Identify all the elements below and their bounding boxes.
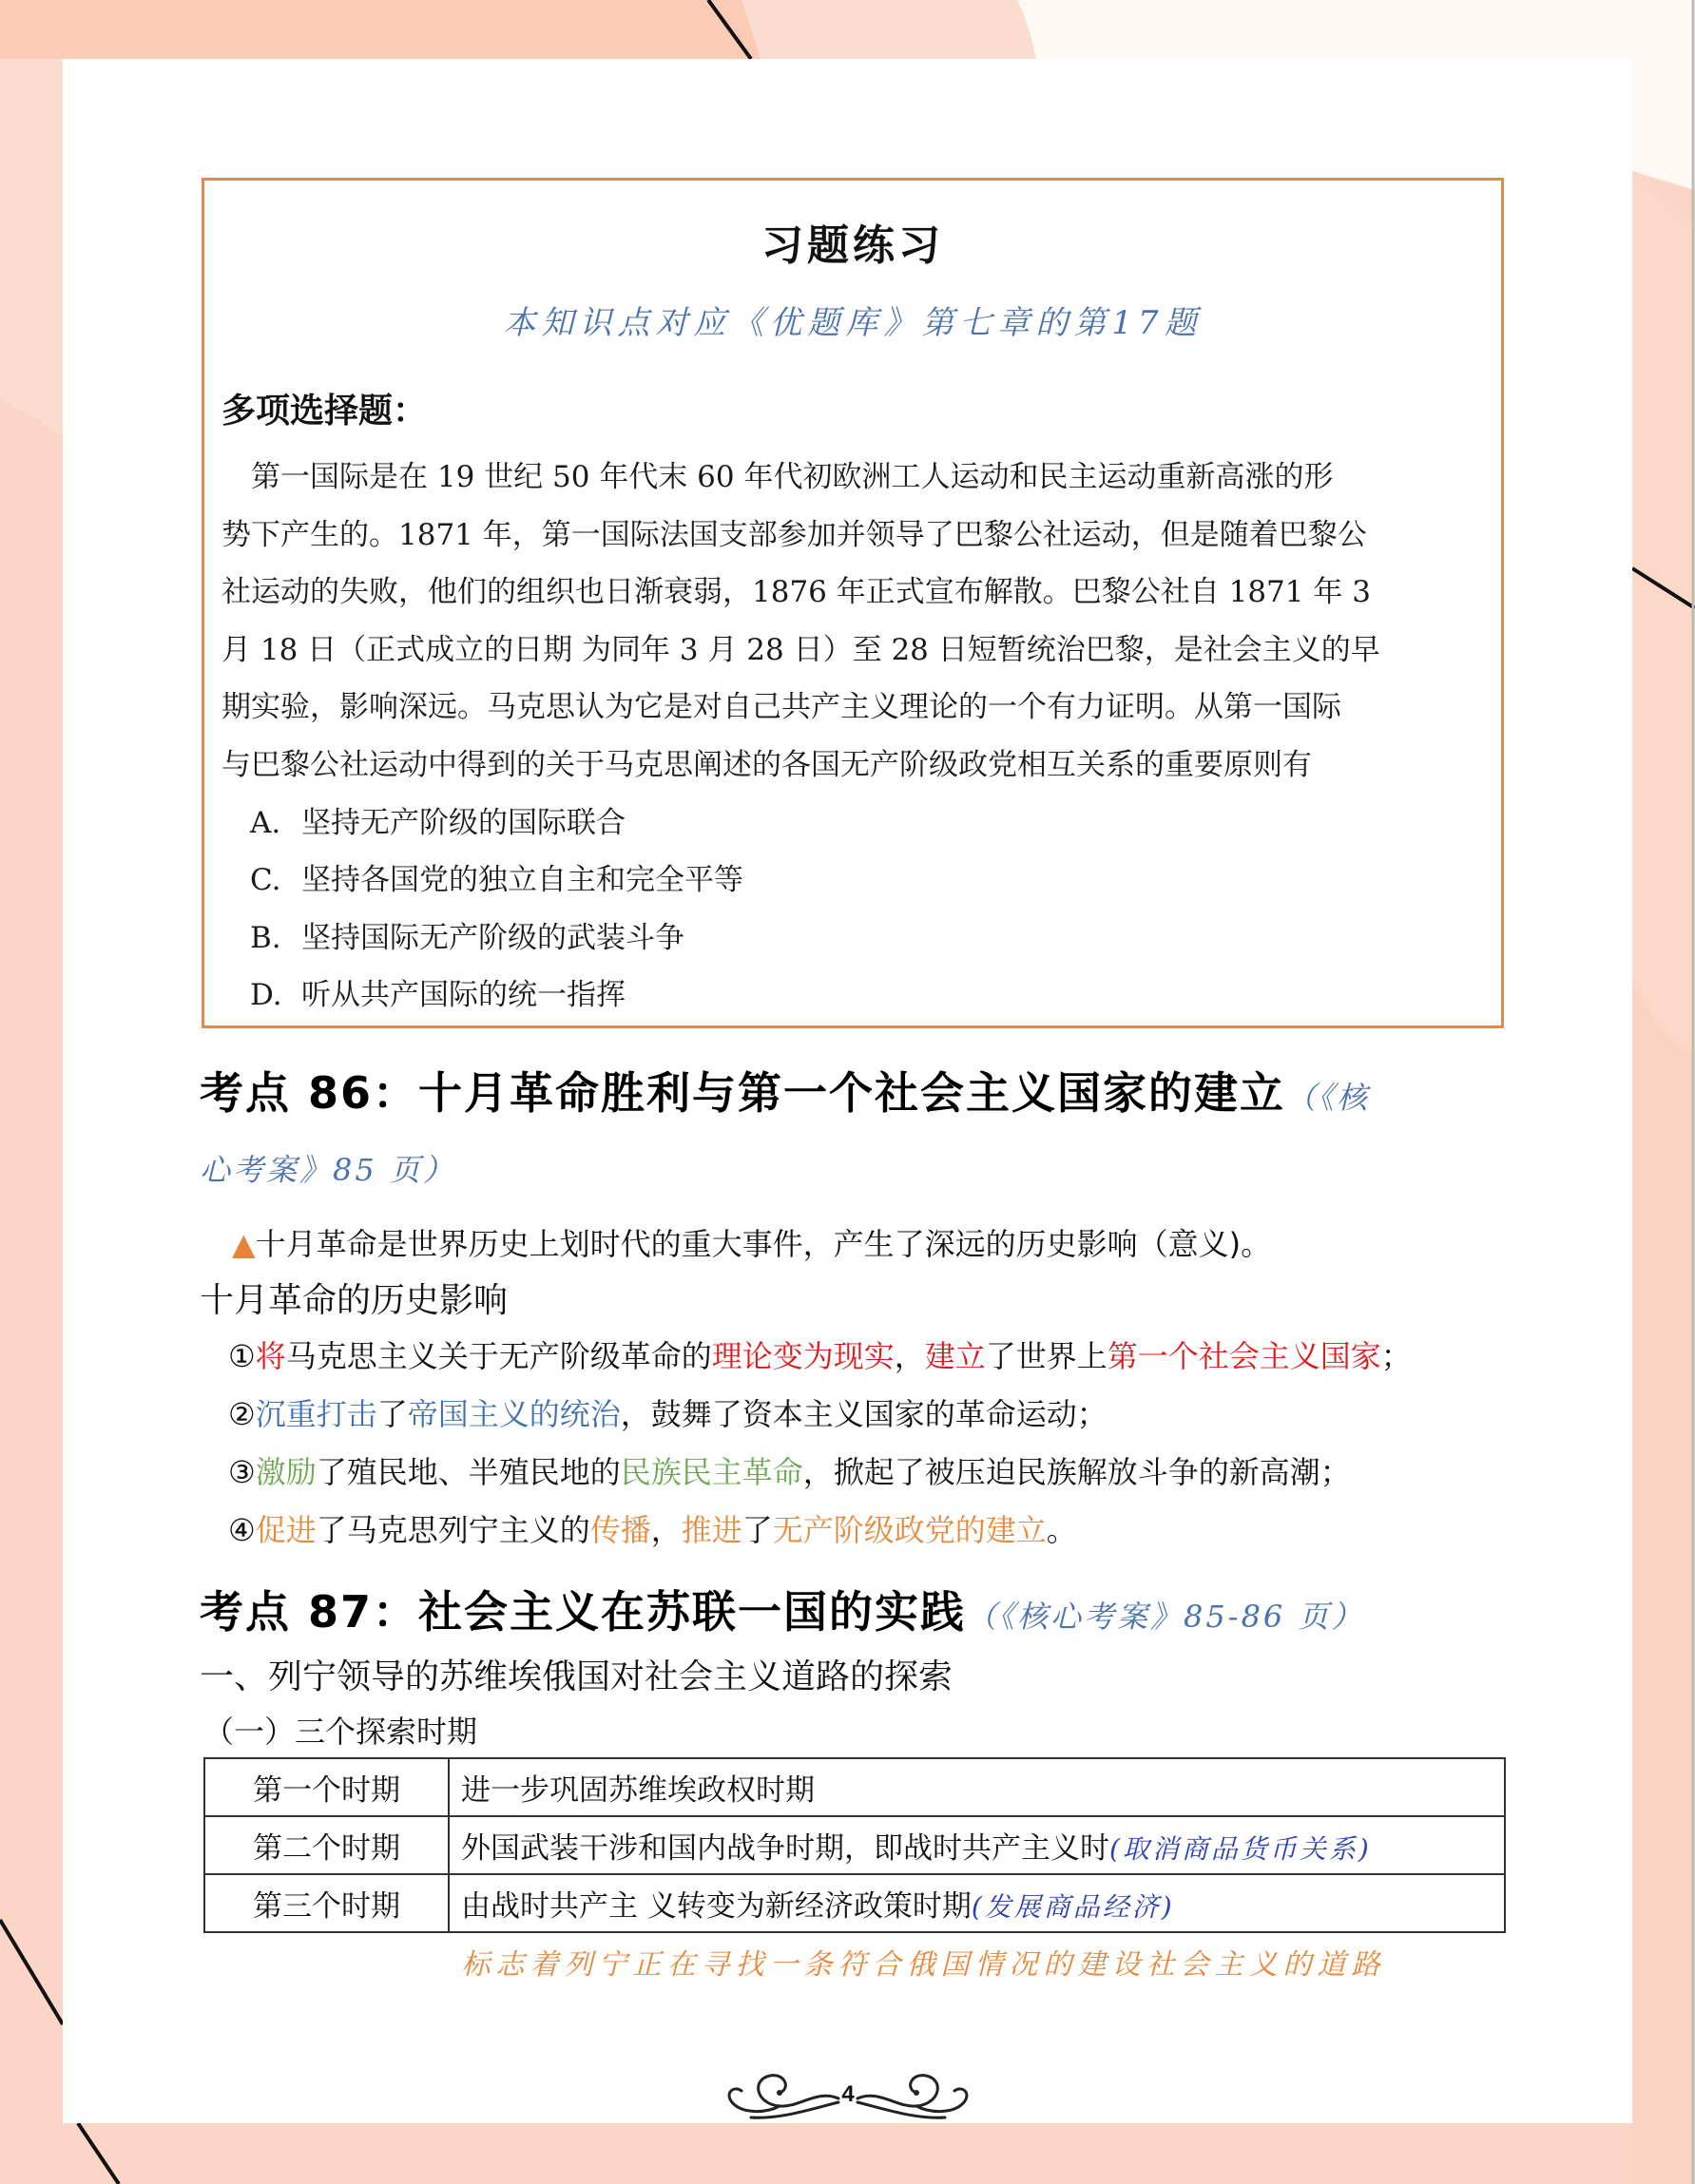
option-text: 听从共产国际的统一指挥 — [301, 978, 626, 1012]
triangle-bullet-icon: ▲ — [232, 1226, 256, 1262]
impact-item-2: ②沉重打击了帝国主义的统治，鼓舞了资本主义国家的革命运动； — [228, 1390, 1108, 1434]
point-87-ref: （《核心考案》85-86 页） — [966, 1599, 1364, 1635]
description-text: 由战时共产主 义转变为新经济政策时期 — [461, 1889, 972, 1924]
question-line: 与巴黎公社运动中得到的关于马克思阐述的各国无产阶级政党相互关系的重要原则有 — [222, 737, 1486, 795]
period-cell: 第三个时期 — [204, 1874, 449, 1932]
item-number: ③ — [228, 1454, 256, 1490]
point-86-intro: ▲十月革命是世界历史上划时代的重大事件，产生了深远的历史影响（意义)。 — [232, 1220, 1271, 1264]
option-a: A.坚持无产阶级的国际联合 — [250, 798, 626, 841]
option-letter: D. — [250, 978, 301, 1012]
text: ，掀起了被压迫民族解放斗争的新高潮； — [803, 1454, 1351, 1490]
option-b: B.坚持国际无产阶级的武装斗争 — [250, 913, 684, 956]
text: 了 — [742, 1512, 773, 1548]
highlight: 传播 — [590, 1512, 651, 1548]
item-number: ② — [228, 1396, 256, 1432]
question-line: 期实验，影响深远。马克思认为它是对自己共产主义理论的一个有力证明。从第一国际 — [222, 679, 1486, 737]
option-text: 坚持国际无产阶级的武装斗争 — [301, 921, 684, 955]
period-cell: 第二个时期 — [204, 1816, 449, 1874]
description-text: 外国武装干涉和国内战争时期，即战时共产主义时 — [461, 1831, 1109, 1866]
text: ，鼓舞了资本主义国家的革命运动； — [621, 1396, 1108, 1432]
text: 了殖民地、半殖民地的 — [317, 1454, 621, 1490]
handwritten-note: (取消商品货币关系) — [1109, 1833, 1372, 1865]
table-row: 第二个时期 外国武装干涉和国内战争时期，即战时共产主义时(取消商品货币关系) — [204, 1816, 1505, 1874]
point-86-heading: 考点 86：十月革命胜利与第一个社会主义国家的建立（《核 — [200, 1059, 1370, 1121]
text: ， — [651, 1512, 682, 1548]
point-86-ref-continued: 心考案》85 页） — [200, 1146, 456, 1190]
highlight: 沉重打击 — [256, 1396, 377, 1432]
point-86-subheading: 十月革命的历史影响 — [200, 1274, 508, 1322]
description-cell: 进一步巩固苏维埃政权时期 — [449, 1758, 1505, 1816]
option-text: 坚持无产阶级的国际联合 — [301, 806, 626, 840]
intro-text: 十月革命是世界历史上划时代的重大事件，产生了深远的历史影响（意义)。 — [256, 1226, 1272, 1262]
highlight: 第一个社会主义国家 — [1108, 1338, 1381, 1374]
text: 马克思主义关于无产阶级革命的 — [286, 1338, 712, 1374]
question-line: 月 18 日（正式成立的日期 为同年 3 月 28 日）至 28 日短暂统治巴黎… — [222, 622, 1486, 680]
point-86-ref: （《核 — [1285, 1080, 1370, 1116]
highlight: 激励 — [256, 1454, 317, 1490]
text: 了马克思列宁主义的 — [317, 1512, 590, 1548]
page-footer: 4 — [713, 2060, 983, 2123]
question-line: 势下产生的。1871 年，第一国际法国支部参加并领导了巴黎公社运动，但是随着巴黎… — [222, 507, 1486, 565]
impact-item-1: ①将马克思主义关于无产阶级革命的理论变为现实，建立了世界上第一个社会主义国家； — [228, 1332, 1412, 1376]
highlight: 帝国主义的统治 — [408, 1396, 621, 1432]
impact-item-4: ④促进了马克思列宁主义的传播，推进了无产阶级政党的建立。 — [228, 1506, 1077, 1550]
description-cell: 由战时共产主 义转变为新经济政策时期(发展商品经济) — [449, 1874, 1505, 1932]
table-row: 第一个时期 进一步巩固苏维埃政权时期 — [204, 1758, 1505, 1816]
handwritten-note: (发展商品经济) — [972, 1891, 1175, 1923]
item-number: ① — [228, 1338, 256, 1374]
point-87-heading: 考点 87：社会主义在苏联一国的实践（《核心考案》85-86 页） — [200, 1578, 1364, 1640]
text: ， — [895, 1338, 925, 1374]
highlight: 无产阶级政党的建立 — [773, 1512, 1047, 1548]
question-type-label: 多项选择题： — [222, 384, 427, 432]
question-line: 社运动的失败，他们的组织也日渐衰弱，1876 年正式宣布解散。巴黎公社自 187… — [222, 564, 1486, 622]
section-heading: 一、列宁领导的苏维埃俄国对社会主义道路的探索 — [200, 1650, 953, 1698]
period-cell: 第一个时期 — [204, 1758, 449, 1816]
option-d: D.听从共产国际的统一指挥 — [250, 970, 626, 1013]
table-row: 第三个时期 由战时共产主 义转变为新经济政策时期(发展商品经济) — [204, 1874, 1505, 1932]
exercise-box: 习题练习 本知识点对应《优题库》第七章的第17题 多项选择题： 第一国际是在 1… — [202, 178, 1504, 1028]
highlight: 促进 — [256, 1512, 317, 1548]
point-87-title: 考点 87：社会主义在苏联一国的实践 — [200, 1586, 966, 1638]
option-letter: C. — [250, 863, 301, 897]
option-letter: B. — [250, 921, 301, 955]
conclusion-note: 标志着列宁正在寻找一条符合俄国情况的建设社会主义的道路 — [0, 1941, 1695, 1983]
description-text: 进一步巩固苏维埃政权时期 — [461, 1773, 815, 1808]
text: 了世界上 — [986, 1338, 1108, 1374]
highlight: 将 — [256, 1338, 286, 1374]
question-line: 第一国际是在 19 世纪 50 年代末 60 年代初欧洲工人运动和民主运动重新高… — [222, 449, 1486, 507]
question-stem: 第一国际是在 19 世纪 50 年代末 60 年代初欧洲工人运动和民主运动重新高… — [222, 449, 1486, 795]
text: 了 — [377, 1396, 408, 1432]
highlight: 民族民主革命 — [621, 1454, 803, 1490]
highlight: 理论变为现实 — [712, 1338, 895, 1374]
option-c: C.坚持各国党的独立自主和完全平等 — [250, 855, 743, 898]
highlight: 推进 — [682, 1512, 742, 1548]
subsection-heading: （一）三个探索时期 — [203, 1708, 477, 1752]
item-number: ④ — [228, 1512, 256, 1548]
highlight: 建立 — [925, 1338, 986, 1374]
exercise-title: 习题练习 — [204, 211, 1501, 272]
page-number: 4 — [713, 2081, 983, 2108]
text: ； — [1381, 1338, 1412, 1374]
description-cell: 外国武装干涉和国内战争时期，即战时共产主义时(取消商品货币关系) — [449, 1816, 1505, 1874]
option-letter: A. — [250, 806, 301, 840]
text: 。 — [1047, 1512, 1077, 1548]
impact-item-3: ③激励了殖民地、半殖民地的民族民主革命，掀起了被压迫民族解放斗争的新高潮； — [228, 1448, 1351, 1492]
exercise-reference: 本知识点对应《优题库》第七章的第17题 — [204, 297, 1501, 343]
option-text: 坚持各国党的独立自主和完全平等 — [301, 863, 743, 897]
point-86-title: 考点 86：十月革命胜利与第一个社会主义国家的建立 — [200, 1067, 1285, 1119]
periods-table: 第一个时期 进一步巩固苏维埃政权时期 第二个时期 外国武装干涉和国内战争时期，即… — [203, 1757, 1506, 1933]
